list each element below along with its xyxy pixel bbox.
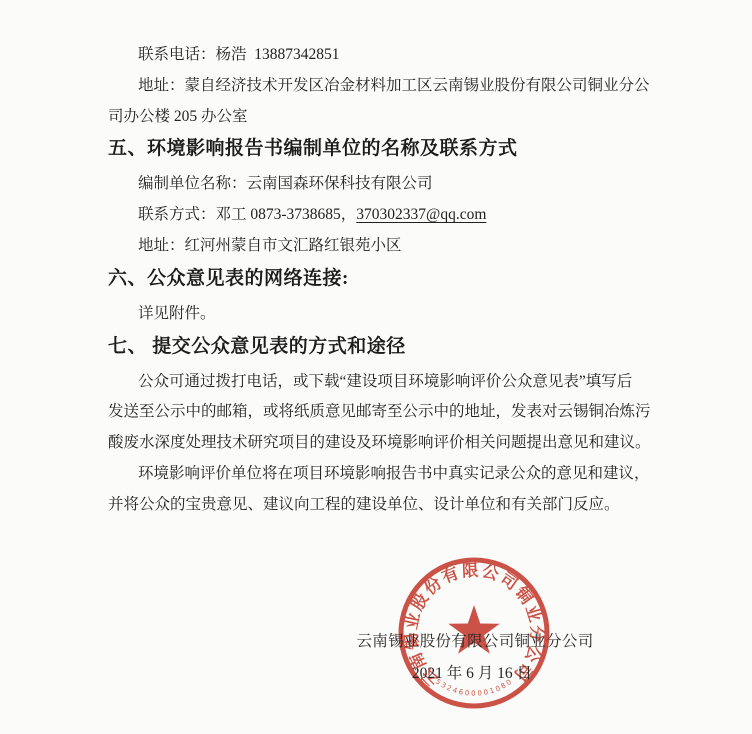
doc-line: 联系方式：邓工 0873-3738685，370302337@qq.com xyxy=(108,200,708,231)
signature-company-name: 云南锡业股份有限公司铜业分公司 xyxy=(356,629,593,651)
doc-line: 地址：红河州蒙自市文汇路红银苑小区 xyxy=(108,231,708,262)
doc-line: 地址：蒙自经济技术开发区冶金材料加工区云南锡业股份有限公司铜业分公 xyxy=(108,71,708,102)
section-heading: 七、 提交公众意见表的方式和途径 xyxy=(108,330,708,367)
doc-line: 联系电话：杨浩 13887342851 xyxy=(108,40,708,71)
doc-line: 编制单位名称：云南国森环保科技有限公司 xyxy=(108,169,708,200)
doc-line: 并将公众的宝贵意见、建议向工程的建设单位、设计单位和有关部门反应。 xyxy=(108,490,708,521)
doc-line: 公众可通过拨打电话，或下载“建设项目环境影响评价公众意见表”填写后 xyxy=(108,367,708,398)
document-page: 联系电话：杨浩 13887342851地址：蒙自经济技术开发区冶金材料加工区云南… xyxy=(0,0,752,734)
signature-date: 2021 年 6 月 16 日 xyxy=(412,661,532,683)
section-heading: 五、环境影响报告书编制单位的名称及联系方式 xyxy=(108,132,708,169)
doc-line: 酸废水深度处理技术研究项目的建设及环境影响评价相关问题提出意见和建议。 xyxy=(108,428,708,459)
section-heading: 六、公众意见表的网络连接: xyxy=(108,262,708,299)
document-body: 联系电话：杨浩 13887342851地址：蒙自经济技术开发区冶金材料加工区云南… xyxy=(108,40,708,521)
doc-line: 发送至公示中的邮箱，或将纸质意见邮寄至公示中的地址，发表对云锡铜冶炼污 xyxy=(108,397,708,428)
doc-line: 司办公楼 205 办公室 xyxy=(108,102,708,133)
doc-line: 环境影响评价单位将在项目环境影响报告书中真实记录公众的意见和建议， xyxy=(108,459,708,490)
doc-line: 详见附件。 xyxy=(108,299,708,330)
email-text: 370302337@qq.com xyxy=(356,206,486,223)
